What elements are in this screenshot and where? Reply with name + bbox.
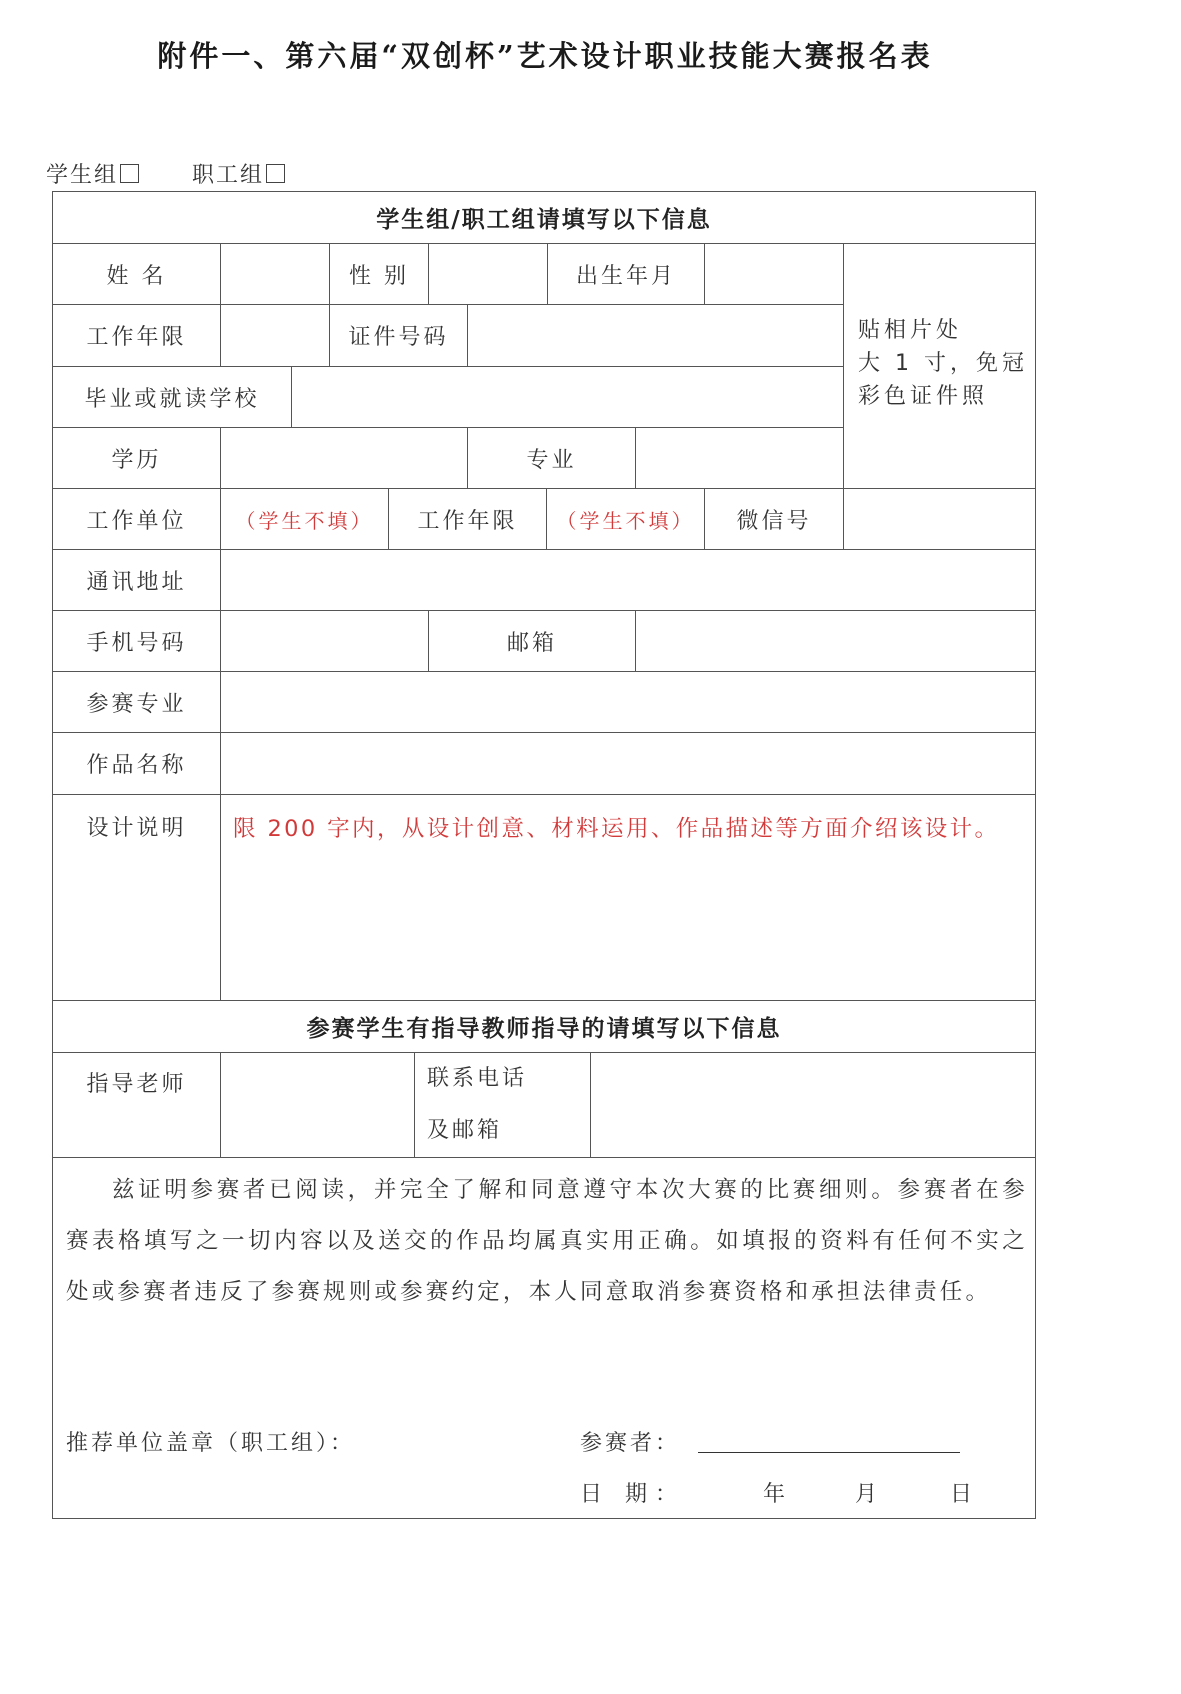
label-contact: 联系电话 及邮箱 — [414, 1052, 591, 1158]
label-education: 学历 — [52, 427, 221, 489]
label-birth: 出生年月 — [547, 243, 705, 305]
school-field[interactable] — [291, 366, 844, 428]
section-heading-staff-student: 学生组/职工组请填写以下信息 — [52, 191, 1036, 244]
label-employer: 工作单位 — [52, 488, 221, 550]
work-years-2-field[interactable]: （学生不填） — [546, 488, 705, 550]
gender-field[interactable] — [428, 243, 548, 305]
wechat-field[interactable] — [843, 488, 1036, 550]
address-field[interactable] — [220, 549, 1036, 611]
label-email: 邮箱 — [428, 610, 636, 672]
label-gender: 性 别 — [329, 243, 429, 305]
photo-placeholder[interactable]: 贴相片处 大 1 寸，免冠 彩色证件照 — [843, 243, 1036, 489]
label-advisor: 指导老师 — [52, 1052, 221, 1158]
photo-instruction-1: 贴相片处 — [858, 314, 962, 347]
declaration-text: 兹证明参赛者已阅读，并完全了解和同意遵守本次大赛的比赛细则。参赛者在参赛表格填写… — [66, 1165, 1028, 1318]
label-id-number: 证件号码 — [329, 304, 468, 367]
label-contact-line1: 联系电话 — [427, 1053, 527, 1105]
photo-instruction-3: 彩色证件照 — [858, 380, 988, 413]
participant-signature-line[interactable] — [698, 1452, 960, 1453]
id-number-field[interactable] — [467, 304, 844, 367]
date-day-label: 日 — [950, 1477, 975, 1508]
label-address: 通讯地址 — [52, 549, 221, 611]
participant-label: 参赛者： — [580, 1426, 680, 1457]
label-wechat: 微信号 — [704, 488, 844, 550]
label-work-title: 作品名称 — [52, 732, 221, 795]
design-desc-field[interactable]: 限 200 字内，从设计创意、材料运用、作品描述等方面介绍该设计。 — [220, 794, 1036, 1001]
employer-field[interactable]: （学生不填） — [220, 488, 389, 550]
date-label: 日 期： — [580, 1477, 685, 1508]
label-design-desc: 设计说明 — [52, 794, 221, 1001]
label-phone: 手机号码 — [52, 610, 221, 672]
work-years-field[interactable] — [220, 304, 330, 367]
email-field[interactable] — [635, 610, 1036, 672]
label-contact-line2: 及邮箱 — [427, 1105, 502, 1157]
section-heading-advisor: 参赛学生有指导教师指导的请填写以下信息 — [52, 1000, 1036, 1053]
label-school: 毕业或就读学校 — [52, 366, 292, 428]
competition-major-field[interactable] — [220, 671, 1036, 733]
birth-field[interactable] — [704, 243, 844, 305]
label-name: 姓 名 — [52, 243, 221, 305]
date-month-label: 月 — [855, 1477, 880, 1508]
label-work-years: 工作年限 — [52, 304, 221, 367]
label-competition-major: 参赛专业 — [52, 671, 221, 733]
name-field[interactable] — [220, 243, 330, 305]
education-field[interactable] — [220, 427, 468, 489]
contact-field[interactable] — [590, 1052, 1036, 1158]
major-field[interactable] — [635, 427, 844, 489]
photo-instruction-2: 大 1 寸，免冠 — [858, 347, 1028, 380]
advisor-field[interactable] — [220, 1052, 415, 1158]
unit-stamp-label: 推荐单位盖章（职工组）： — [66, 1426, 355, 1457]
phone-field[interactable] — [220, 610, 429, 672]
label-work-years-2: 工作年限 — [388, 488, 547, 550]
declaration: 兹证明参赛者已阅读，并完全了解和同意遵守本次大赛的比赛细则。参赛者在参赛表格填写… — [66, 1165, 1028, 1318]
work-title-field[interactable] — [220, 732, 1036, 795]
label-major: 专业 — [467, 427, 636, 489]
date-year-label: 年 — [763, 1477, 788, 1508]
